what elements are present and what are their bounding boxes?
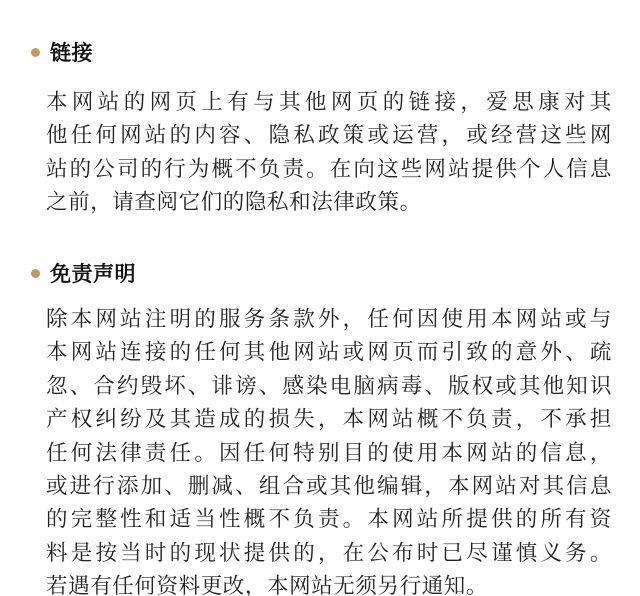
section-heading-links: 链接 — [31, 37, 93, 67]
paragraph-line: 的完整性和适当性概不负责。本网站所提供的所有资 — [46, 503, 612, 536]
paragraph-line: 除本网站注明的服务条款外，任何因使用本网站或与 — [46, 303, 612, 336]
section-heading-disclaimer: 免责声明 — [31, 258, 136, 288]
paragraph-line: 或进行添加、删减、组合或其他编辑，本网站对其信息 — [46, 470, 612, 503]
section-body-disclaimer: 除本网站注明的服务条款外，任何因使用本网站或与 本网站连接的任何其他网站或网页而… — [46, 303, 612, 596]
paragraph-line: 本网站连接的任何其他网站或网页而引致的意外、疏 — [46, 336, 612, 369]
paragraph-line: 他任何网站的内容、隐私政策或运营，或经营这些网 — [46, 119, 612, 152]
paragraph-line: 若遇有任何资料更改，本网站无须另行通知。 — [46, 570, 612, 596]
paragraph-line: 之前，请查阅它们的隐私和法律政策。 — [46, 186, 612, 219]
dot-bullet-icon — [31, 269, 40, 278]
dot-bullet-icon — [31, 48, 40, 57]
section-title: 免责声明 — [50, 258, 136, 288]
paragraph-line: 本网站的网页上有与其他网页的链接，爱思康对其 — [46, 86, 612, 119]
paragraph-line: 料是按当时的现状提供的，在公布时已尽谨慎义务。 — [46, 537, 612, 570]
section-title: 链接 — [50, 37, 93, 67]
paragraph-line: 任何法律责任。因任何特别目的使用本网站的信息， — [46, 437, 612, 470]
paragraph-line: 产权纠纷及其造成的损失，本网站概不负责，不承担 — [46, 403, 612, 436]
section-body-links: 本网站的网页上有与其他网页的链接，爱思康对其 他任何网站的内容、隐私政策或运营，… — [46, 86, 612, 220]
paragraph-line: 站的公司的行为概不负责。在向这些网站提供个人信息 — [46, 153, 612, 186]
paragraph-line: 忽、合约毁坏、诽谤、感染电脑病毒、版权或其他知识 — [46, 370, 612, 403]
